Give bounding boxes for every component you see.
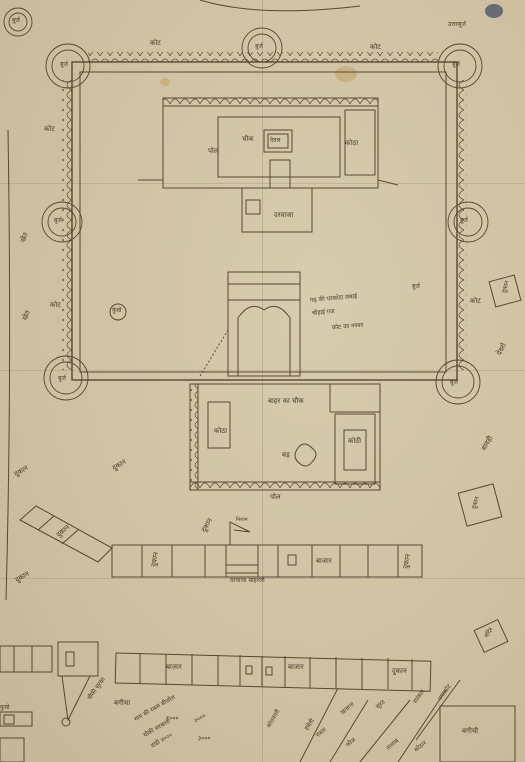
bastion-label: बुर्ज	[54, 218, 62, 224]
outer-room-label: कोठा	[214, 428, 227, 435]
lane-cell-label: बाजार	[316, 558, 332, 565]
fort-map: उत्तरबुर्ज कोट कोट बुर्ज बुर्ज बुर्ज बुर…	[0, 0, 525, 762]
courtyard-label: चौक	[242, 136, 254, 143]
lower-lane-label: बाजार	[166, 664, 182, 671]
wall-label: कोट	[150, 40, 161, 47]
lower-lane-label: दुकान	[392, 668, 407, 675]
tree-label: बड़	[282, 452, 290, 459]
bastion-label: बुर्ज	[460, 218, 468, 224]
well-label: कुंवो	[112, 308, 122, 314]
wall-label: कोट	[44, 126, 55, 133]
fort-inscription: बुर्ज	[412, 284, 420, 290]
note-left: ३०००	[198, 736, 210, 742]
shrine-label: देवल	[270, 138, 281, 144]
lower-lane-label: बाजार	[288, 664, 304, 671]
wall-label: कोट	[470, 298, 481, 305]
box-bottom-right: बगीची	[462, 728, 478, 735]
scatter-label: कुवो	[0, 705, 10, 711]
gate-label: दरवाजा	[274, 212, 293, 219]
bastion-label: बुर्ज	[12, 18, 20, 24]
wall-label: कोट	[370, 44, 381, 51]
map-drawing	[0, 0, 525, 762]
kotha-label: कोठा	[345, 140, 358, 147]
bastion-label: बुर्ज	[60, 62, 68, 68]
wall-label: कोट	[50, 302, 61, 309]
flag-label: निशान	[236, 518, 248, 523]
header-inscription: उत्तरबुर्ज	[448, 22, 466, 28]
bastion-label: बुर्ज	[58, 376, 66, 382]
bastion-label: बुर्ज	[452, 62, 460, 68]
outer-court-label: बाहर का चौक	[268, 398, 304, 405]
outer-gate-label: पोल	[270, 494, 281, 501]
bastion-label: बुर्ज	[450, 380, 458, 386]
pol-label: पोल	[208, 148, 219, 155]
side-room-label: कोठी	[348, 438, 361, 445]
bastion-label: बुर्ज	[255, 44, 263, 50]
scatter-label: बगीचा	[114, 700, 130, 707]
gate-caption: दरवाजा बाहरली	[230, 578, 265, 584]
